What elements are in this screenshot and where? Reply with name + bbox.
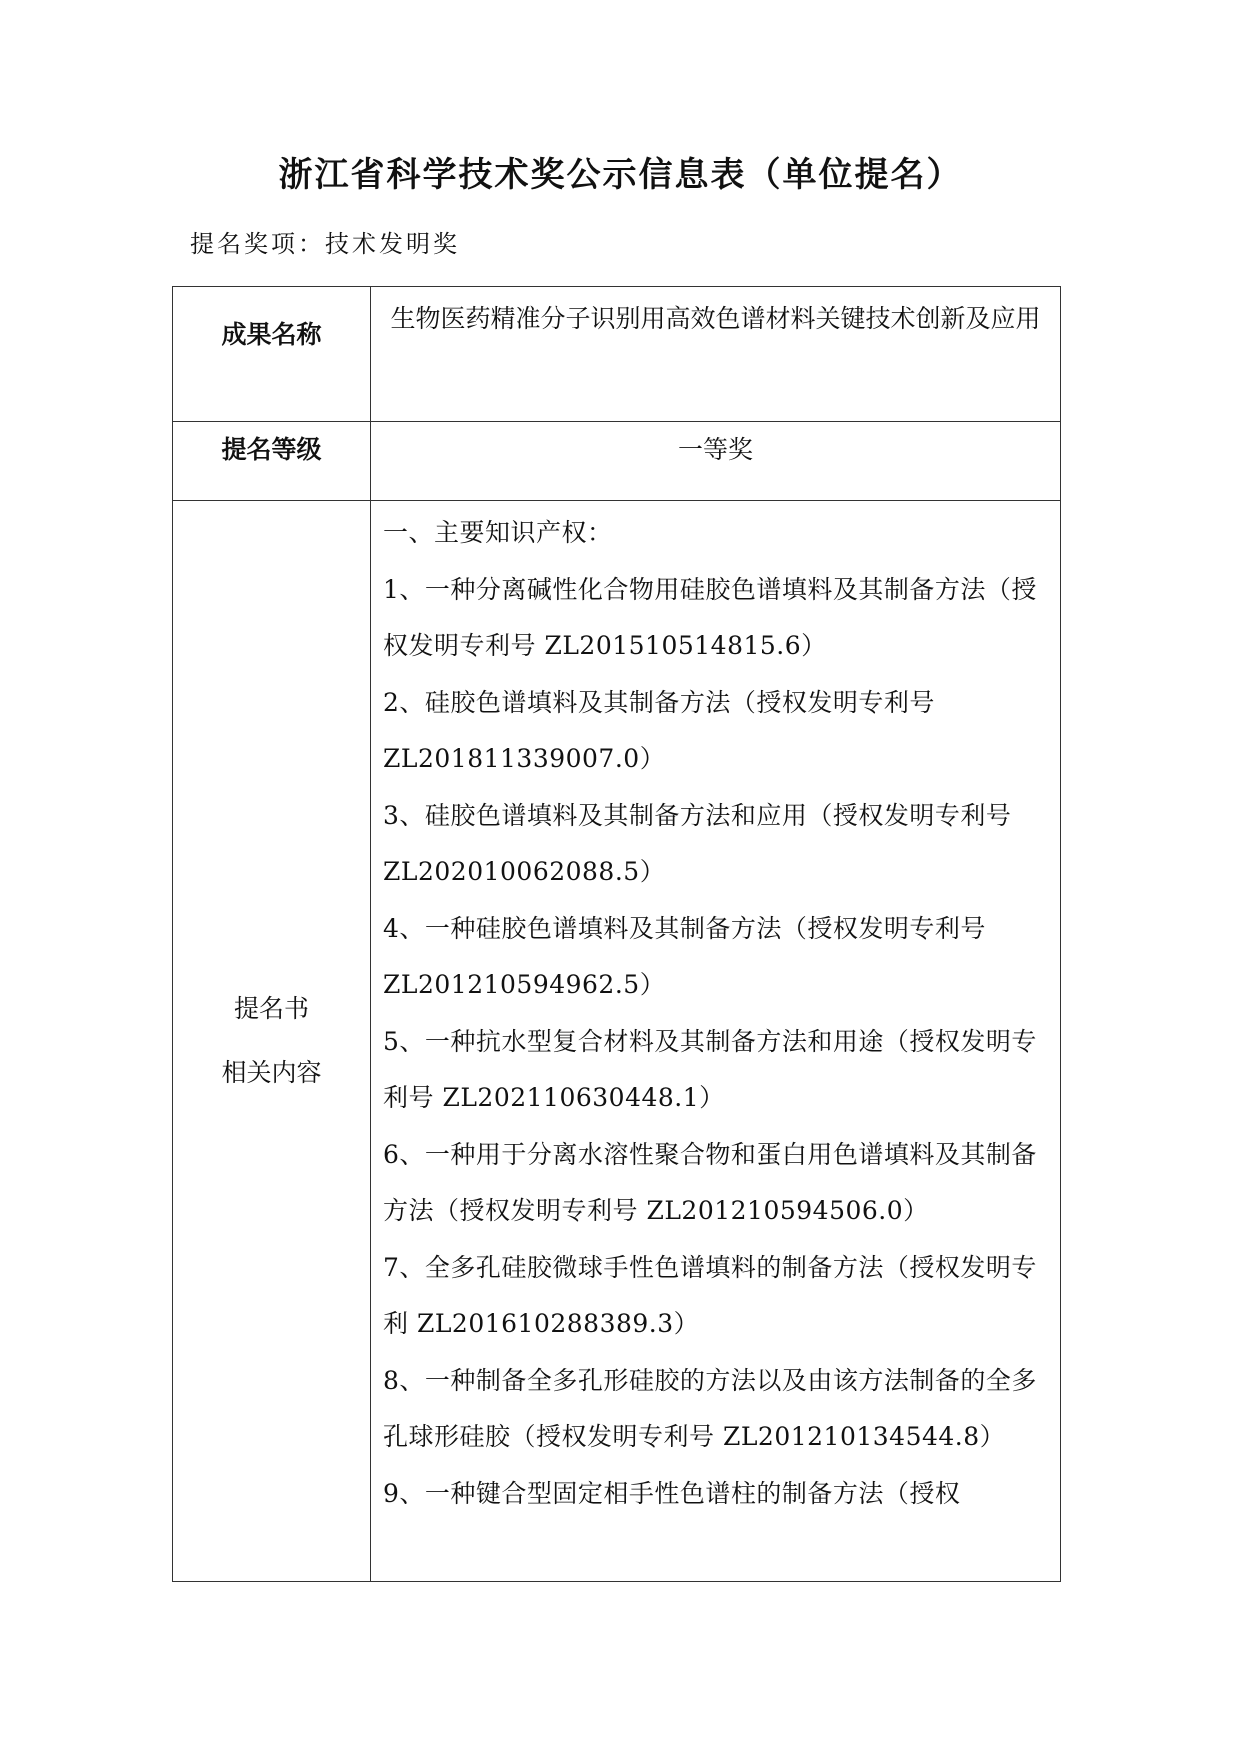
ip-item: 1、一种分离碱性化合物用硅胶色谱填料及其制备方法（授权发明专利号 ZL20151… (383, 562, 1048, 675)
ip-item: 3、硅胶色谱填料及其制备方法和应用（授权发明专利号 ZL202010062088… (383, 788, 1048, 901)
ip-item: 8、一种制备全多孔形硅胶的方法以及由该方法制备的全多孔球形硅胶（授权发明专利号 … (383, 1353, 1048, 1466)
achievement-name-value: 生物医药精准分子识别用高效色谱材料关键技术创新及应用 (389, 287, 1042, 347)
nomination-level-value-cell: 一等奖 (371, 422, 1061, 501)
ip-item: 2、硅胶色谱填料及其制备方法（授权发明专利号 ZL201811339007.0） (383, 675, 1048, 788)
nomination-content-label-cell: 提名书 相关内容 (173, 501, 371, 1582)
ip-item: 6、一种用于分离水溶性聚合物和蛋白用色谱填料及其制备方法（授权发明专利号 ZL2… (383, 1127, 1048, 1240)
nomination-level-label: 提名等级 (173, 422, 370, 470)
row-nomination-level: 提名等级 一等奖 (173, 422, 1061, 501)
ip-item: 9、一种键合型固定相手性色谱柱的制备方法（授权 (383, 1466, 1048, 1523)
row-achievement-name: 成果名称 生物医药精准分子识别用高效色谱材料关键技术创新及应用 (173, 287, 1061, 422)
nomination-level-label-cell: 提名等级 (173, 422, 371, 501)
achievement-name-label-cell: 成果名称 (173, 287, 371, 422)
achievement-name-value-cell: 生物医药精准分子识别用高效色谱材料关键技术创新及应用 (371, 287, 1061, 422)
info-table: 成果名称 生物医药精准分子识别用高效色谱材料关键技术创新及应用 提名等级 一等奖… (172, 286, 1061, 1582)
section-heading-ip: 一、主要知识产权： (383, 505, 1048, 562)
ip-item: 4、一种硅胶色谱填料及其制备方法（授权发明专利号 ZL201210594962.… (383, 901, 1048, 1014)
achievement-name-label: 成果名称 (173, 287, 370, 355)
nomination-content-label-line2: 相关内容 (173, 1053, 370, 1093)
ip-item: 5、一种抗水型复合材料及其制备方法和用途（授权发明专利号 ZL202110630… (383, 1014, 1048, 1127)
page-title: 浙江省科学技术奖公示信息表（单位提名） (0, 150, 1241, 200)
row-nomination-content: 提名书 相关内容 一、主要知识产权： 1、一种分离碱性化合物用硅胶色谱填料及其制… (173, 501, 1061, 1582)
nomination-content-label-line1: 提名书 (173, 989, 370, 1029)
nomination-level-value: 一等奖 (389, 422, 1042, 478)
nomination-content-cell: 一、主要知识产权： 1、一种分离碱性化合物用硅胶色谱填料及其制备方法（授权发明专… (371, 501, 1061, 1582)
ip-item: 7、全多孔硅胶微球手性色谱填料的制备方法（授权发明专利 ZL2016102883… (383, 1240, 1048, 1353)
nomination-type: 提名奖项：技术发明奖 (190, 226, 460, 262)
